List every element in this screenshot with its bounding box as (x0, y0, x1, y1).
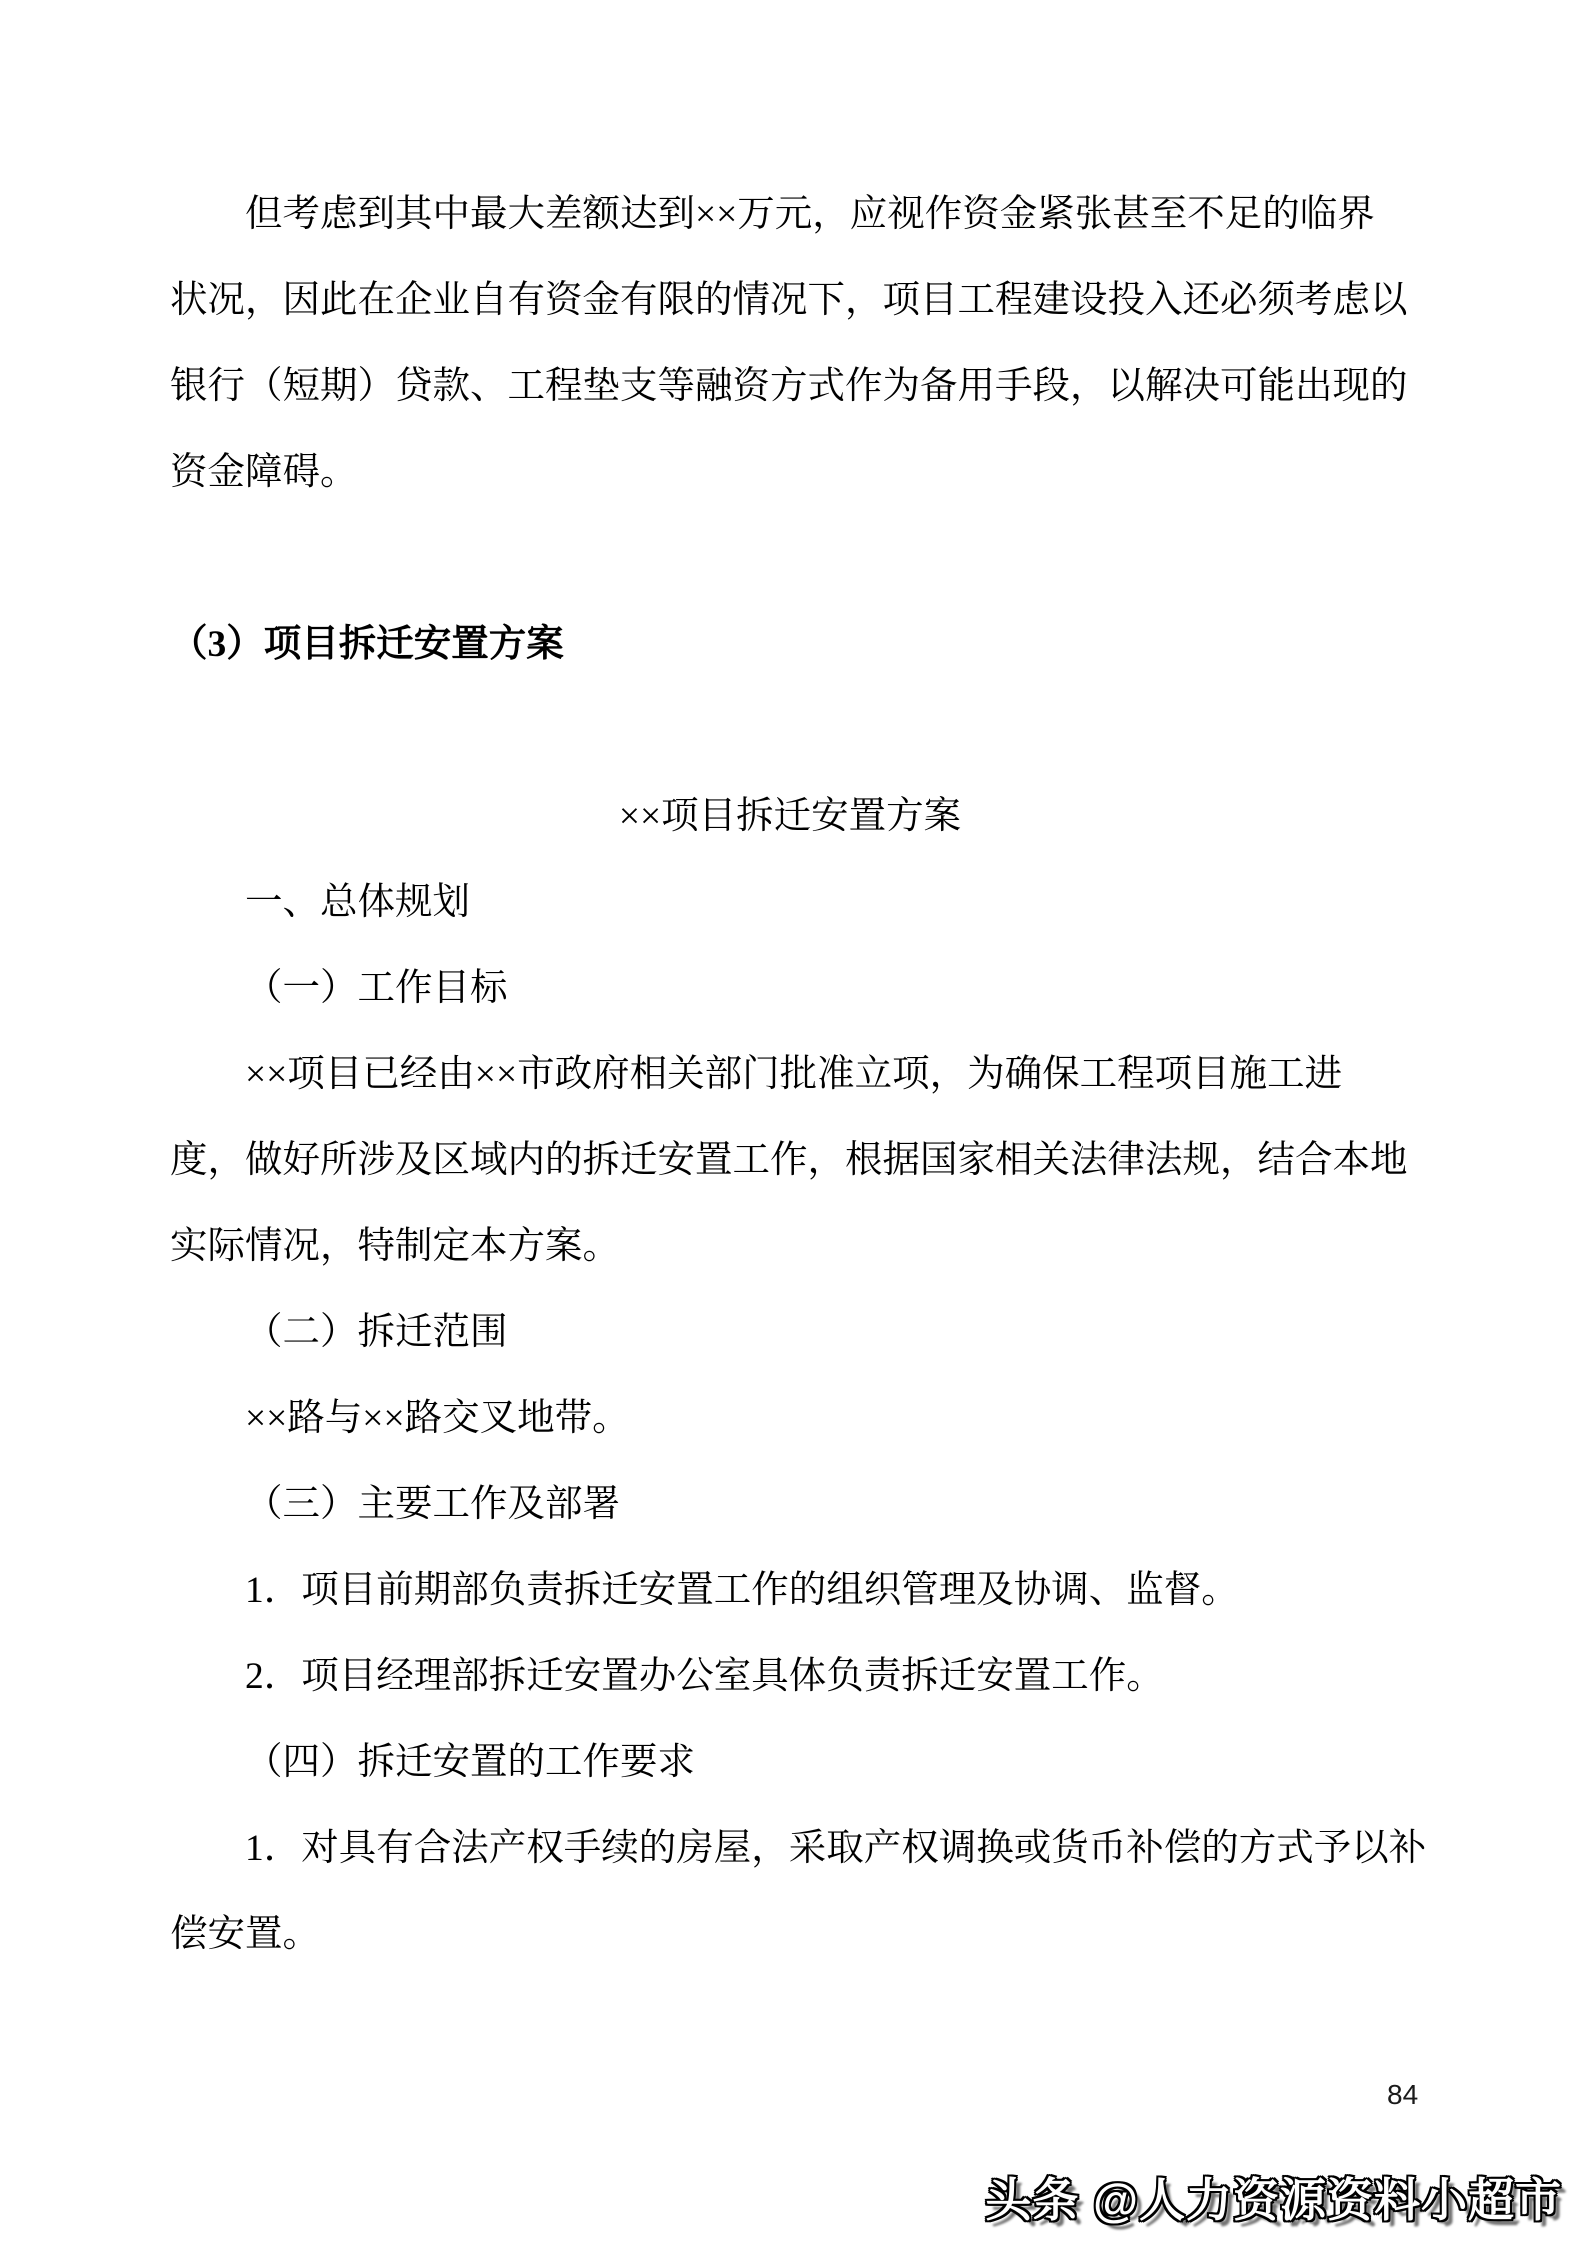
intro-line-4: 资金障碍。 (170, 430, 1410, 516)
item3-point-2: 2．项目经理部拆迁安置办公室具体负责拆迁安置工作。 (170, 1634, 1410, 1720)
section-heading: （3）项目拆迁安置方案 (170, 602, 1410, 688)
plan-title: ××项目拆迁安置方案 (170, 774, 1410, 860)
blank-line (170, 516, 1410, 602)
page-number: 84 (1387, 2078, 1418, 2112)
item4-heading: （四）拆迁安置的工作要求 (170, 1720, 1410, 1806)
item1-heading: （一）工作目标 (170, 946, 1410, 1032)
item2-text: ××路与××路交叉地带。 (170, 1376, 1410, 1462)
item4-line-1: 1．对具有合法产权手续的房屋，采取产权调换或货币补偿的方式予以补 (170, 1806, 1410, 1892)
item4-line-2: 偿安置。 (170, 1892, 1410, 1978)
document-page: 但考虑到其中最大差额达到××万元，应视作资金紧张甚至不足的临界 状况，因此在企业… (0, 0, 1587, 2245)
item1-line-1: ××项目已经由××市政府相关部门批准立项，为确保工程项目施工进 (170, 1032, 1410, 1118)
part1-heading: 一、总体规划 (170, 860, 1410, 946)
intro-line-1: 但考虑到其中最大差额达到××万元，应视作资金紧张甚至不足的临界 (170, 172, 1410, 258)
item3-point-1: 1．项目前期部负责拆迁安置工作的组织管理及协调、监督。 (170, 1548, 1410, 1634)
item1-line-3: 实际情况，特制定本方案。 (170, 1204, 1410, 1290)
document-body: 但考虑到其中最大差额达到××万元，应视作资金紧张甚至不足的临界 状况，因此在企业… (170, 172, 1410, 1978)
blank-line (170, 688, 1410, 774)
watermark-text: 头条 @人力资源资料小超市 (985, 2164, 1562, 2230)
intro-line-3: 银行（短期）贷款、工程垫支等融资方式作为备用手段，以解决可能出现的 (170, 344, 1410, 430)
intro-line-2: 状况，因此在企业自有资金有限的情况下，项目工程建设投入还必须考虑以 (170, 258, 1410, 344)
item2-heading: （二）拆迁范围 (170, 1290, 1410, 1376)
item1-line-2: 度，做好所涉及区域内的拆迁安置工作，根据国家相关法律法规，结合本地 (170, 1118, 1410, 1204)
item3-heading: （三）主要工作及部署 (170, 1462, 1410, 1548)
